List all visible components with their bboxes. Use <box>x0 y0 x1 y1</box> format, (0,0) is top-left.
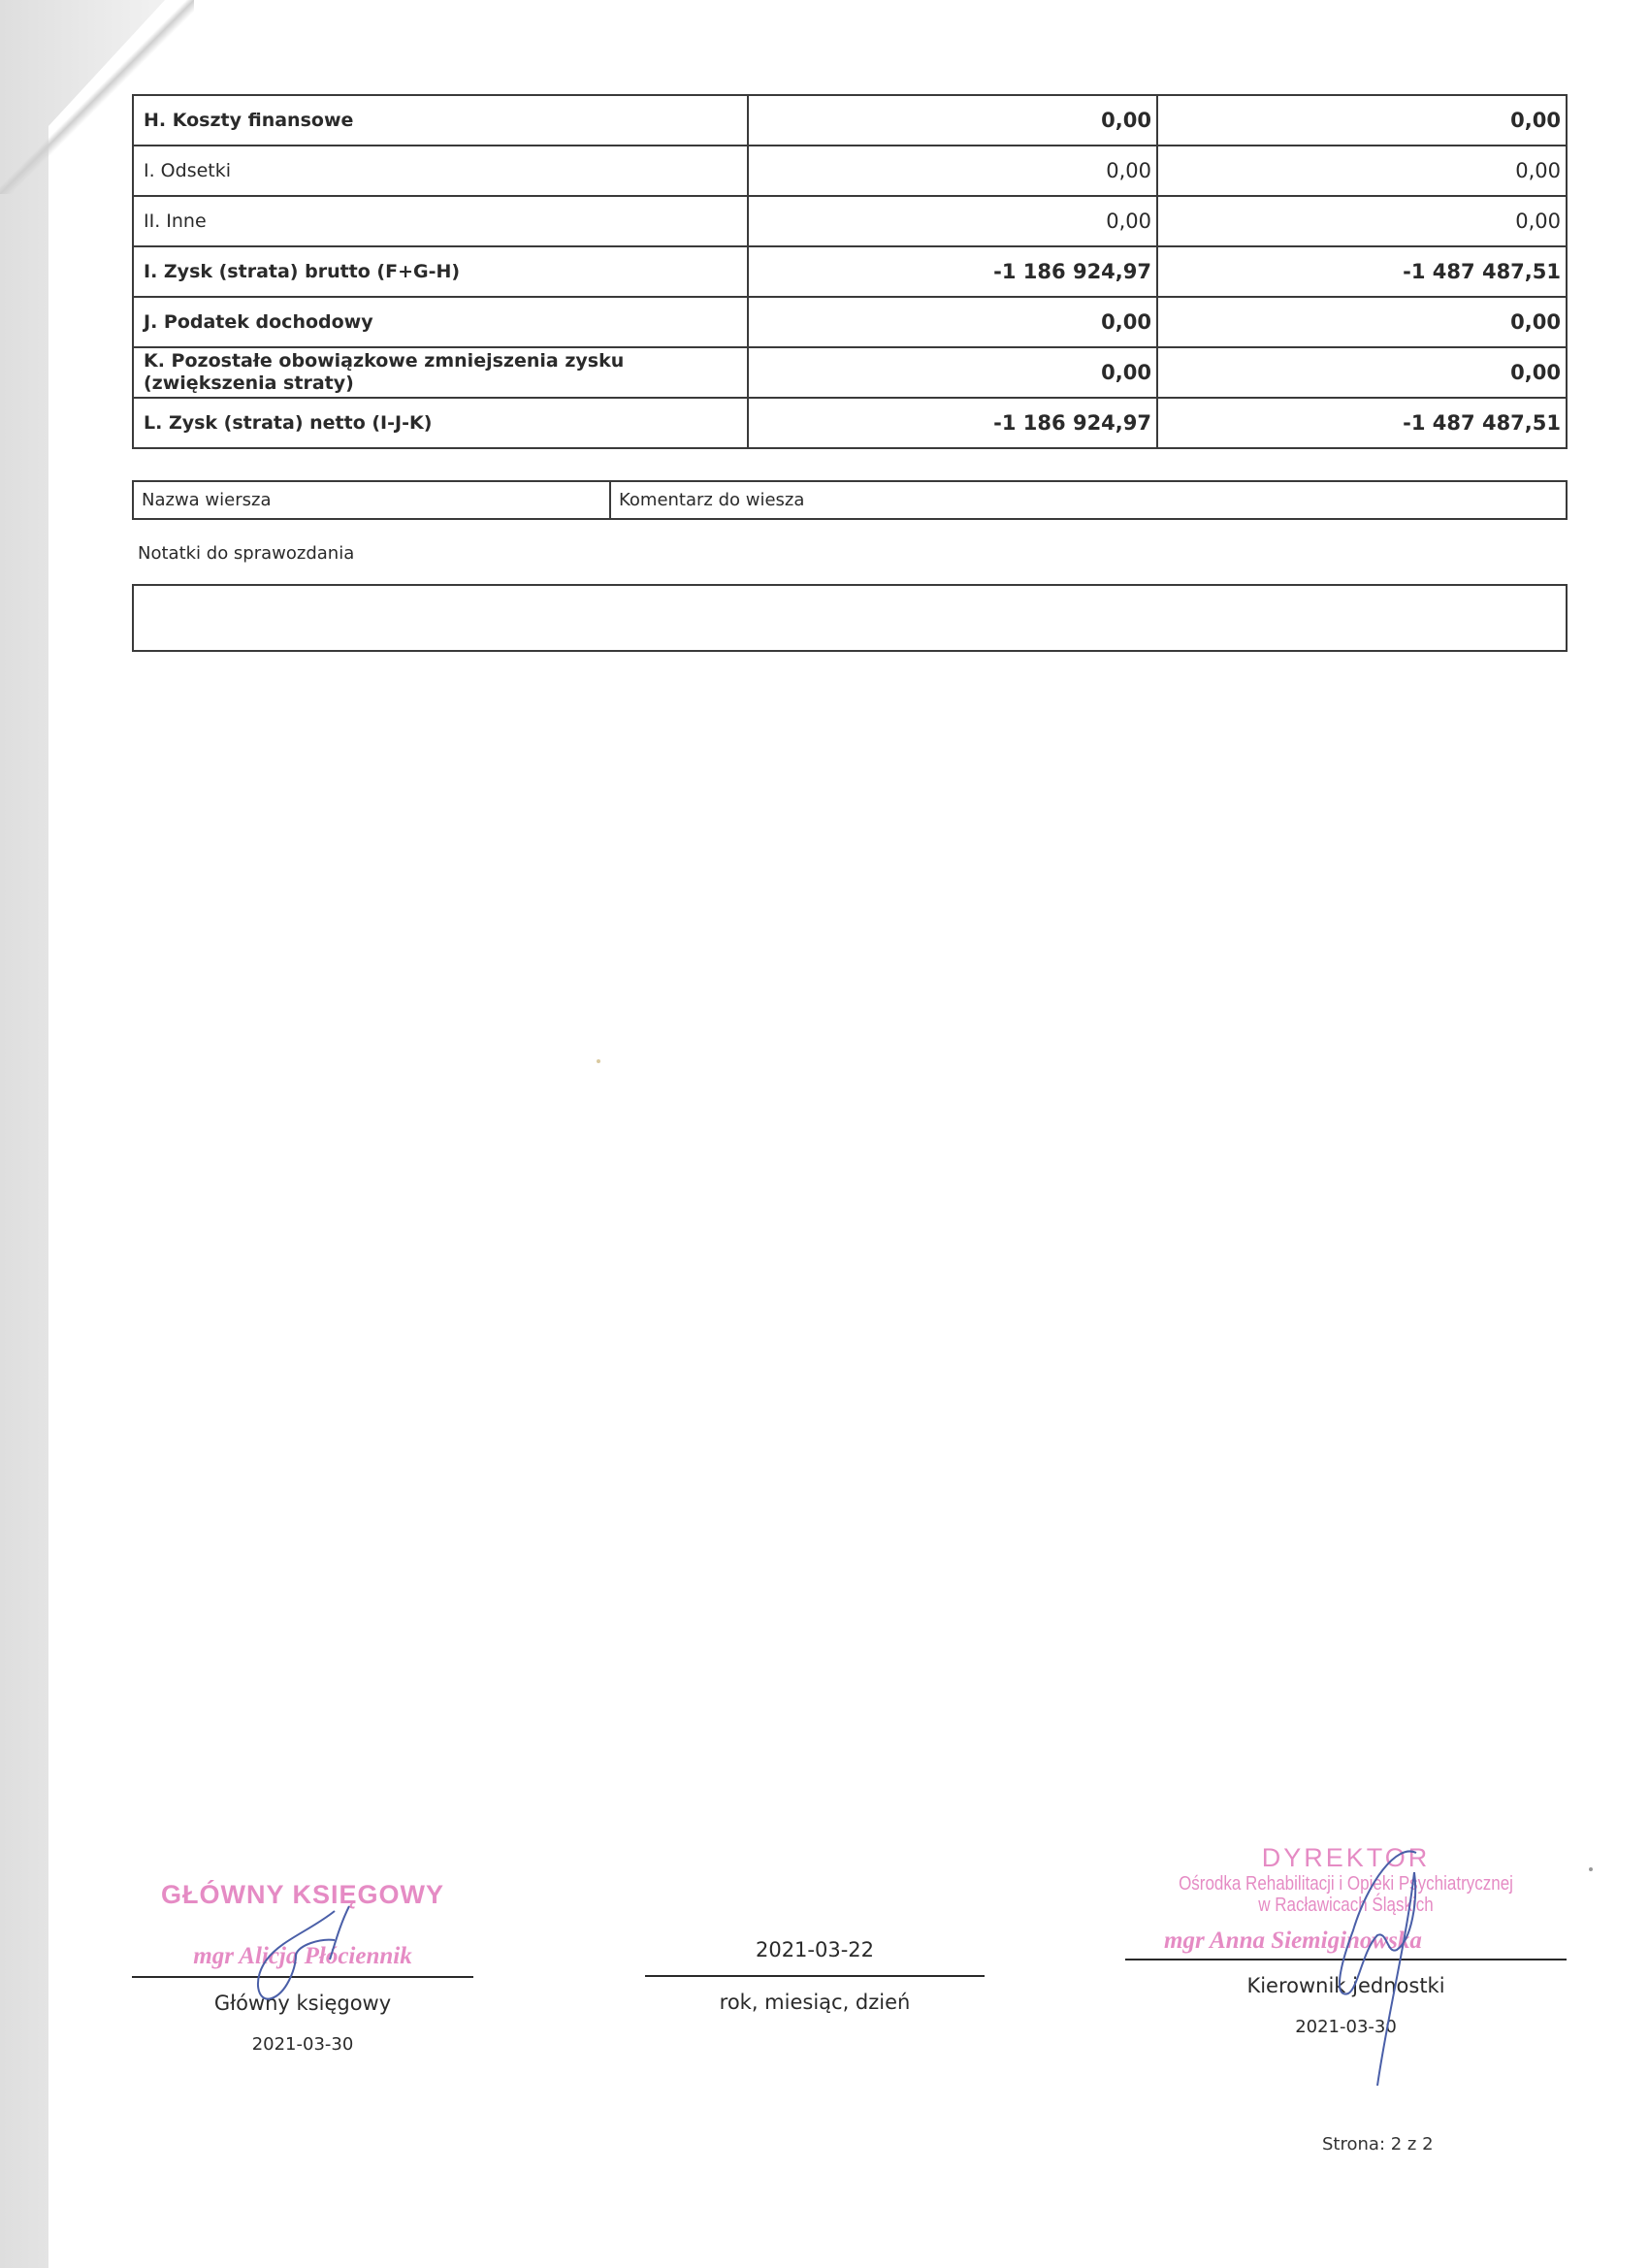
signature-line <box>132 1976 473 1978</box>
value-previous-year: 0,00 <box>748 146 1157 196</box>
row-label: J. Podatek dochodowy <box>133 297 748 347</box>
value-current-year: -1 487 487,51 <box>1157 398 1567 448</box>
stamp-name: mgr Alicja Płóciennik <box>132 1943 473 1970</box>
value-current-year: 0,00 <box>1157 347 1567 398</box>
table-row: I. Odsetki 0,00 0,00 <box>133 146 1567 196</box>
stamp-title: GŁÓWNY KSIĘGOWY <box>132 1880 473 1910</box>
signature-role: Główny księgowy <box>132 1992 473 2015</box>
table-row: II. Inne 0,00 0,00 <box>133 196 1567 246</box>
date-caption: rok, miesiąc, dzień <box>645 1991 985 2014</box>
value-previous-year: 0,00 <box>748 196 1157 246</box>
signature-role: Kierownik jednostki <box>1125 1974 1567 1997</box>
signature-block-accountant: GŁÓWNY KSIĘGOWY mgr Alicja Płóciennik Gł… <box>132 1880 473 2055</box>
value-current-year: 0,00 <box>1157 297 1567 347</box>
value-previous-year: 0,00 <box>748 297 1157 347</box>
notes-label: Notatki do sprawozdania <box>138 543 354 564</box>
value-previous-year: 0,00 <box>748 95 1157 146</box>
table-header-row: Nazwa wiersza Komentarz do wiesza <box>133 481 1567 519</box>
row-label: II. Inne <box>133 196 748 246</box>
row-label: L. Zysk (strata) netto (I-J-K) <box>133 398 748 448</box>
row-label: I. Odsetki <box>133 146 748 196</box>
table-row: H. Koszty finansowe 0,00 0,00 <box>133 95 1567 146</box>
value-current-year: 0,00 <box>1157 196 1567 246</box>
notes-box <box>132 584 1568 652</box>
report-page: H. Koszty finansowe 0,00 0,00 I. Odsetki… <box>0 0 1649 2268</box>
profit-loss-table: H. Koszty finansowe 0,00 0,00 I. Odsetki… <box>132 94 1568 449</box>
stamp-institution-line-2: w Racławicach Śląskich <box>1158 1895 1534 1916</box>
signature-date: 2021-03-30 <box>1125 2017 1567 2037</box>
scan-speck <box>597 1059 600 1063</box>
signature-line <box>1125 1959 1567 1960</box>
table-row: J. Podatek dochodowy 0,00 0,00 <box>133 297 1567 347</box>
row-comments-table: Nazwa wiersza Komentarz do wiesza <box>132 480 1568 520</box>
signature-date: 2021-03-30 <box>132 2034 473 2055</box>
row-label: H. Koszty finansowe <box>133 95 748 146</box>
stamp-name: mgr Anna Siemiginowska <box>1125 1928 1567 1955</box>
row-label: K. Pozostałe obowiązkowe zmniejszenia zy… <box>133 347 748 398</box>
table-row: K. Pozostałe obowiązkowe zmniejszenia zy… <box>133 347 1567 398</box>
preparation-date: 2021-03-22 <box>645 1938 985 1961</box>
signature-block-date: 2021-03-22 rok, miesiąc, dzień <box>645 1938 985 2014</box>
column-header-comment: Komentarz do wiesza <box>610 481 1567 519</box>
stamp-institution-line-1: Ośrodka Rehabilitacji i Opieki Psychiatr… <box>1158 1873 1534 1895</box>
date-line <box>645 1975 985 1977</box>
table-row: L. Zysk (strata) netto (I-J-K) -1 186 92… <box>133 398 1567 448</box>
row-label-line-2: (zwiększenia straty) <box>144 373 741 395</box>
signature-block-director: DYREKTOR Ośrodka Rehabilitacji i Opieki … <box>1125 1843 1567 2037</box>
table-row: I. Zysk (strata) brutto (F+G-H) -1 186 9… <box>133 246 1567 297</box>
page-number: Strona: 2 z 2 <box>1322 2134 1434 2155</box>
value-previous-year: 0,00 <box>748 347 1157 398</box>
value-previous-year: -1 186 924,97 <box>748 246 1157 297</box>
row-label-line-1: K. Pozostałe obowiązkowe zmniejszenia zy… <box>144 350 741 373</box>
value-current-year: 0,00 <box>1157 95 1567 146</box>
value-previous-year: -1 186 924,97 <box>748 398 1157 448</box>
value-current-year: -1 487 487,51 <box>1157 246 1567 297</box>
scan-speck <box>1589 1867 1593 1871</box>
value-current-year: 0,00 <box>1157 146 1567 196</box>
column-header-row-name: Nazwa wiersza <box>133 481 610 519</box>
stamp-title: DYREKTOR <box>1125 1843 1567 1873</box>
row-label: I. Zysk (strata) brutto (F+G-H) <box>133 246 748 297</box>
